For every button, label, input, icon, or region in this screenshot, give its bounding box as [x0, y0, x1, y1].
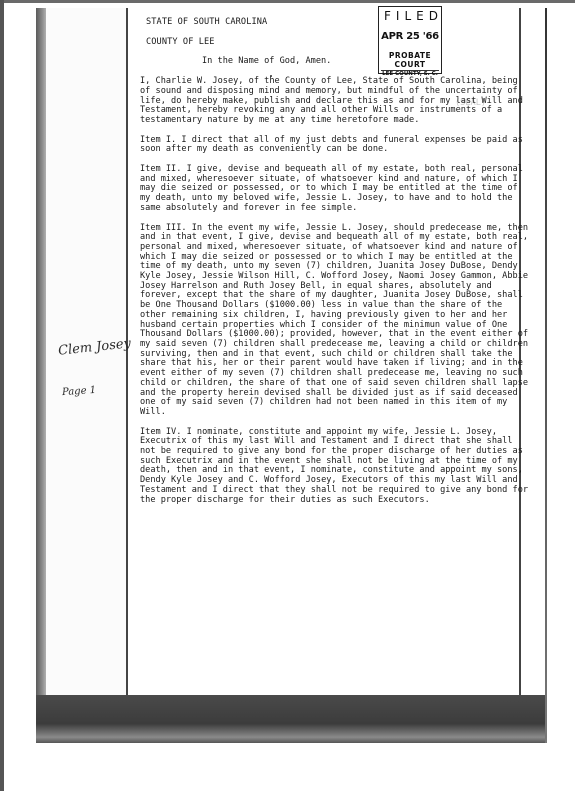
scan-bottom-shadow [36, 695, 545, 743]
left-margin-rule [126, 8, 128, 698]
scan-top-edge [0, 0, 575, 3]
item-3-paragraph: Item III. In the event my wife, Jessie L… [140, 224, 530, 418]
invocation: In the Name of God, Amen. [202, 57, 530, 67]
will-body: STATE OF SOUTH CAROLINA COUNTY OF LEE In… [140, 18, 530, 515]
scan-left-edge [0, 0, 4, 791]
item-2-paragraph: Item II. I give, devise and bequeath all… [140, 165, 530, 214]
page-right-edge [545, 8, 547, 743]
preamble-paragraph: I, Charlie W. Josey, of the County of Le… [140, 77, 530, 126]
scan-margin-shadow [36, 8, 46, 743]
county-heading: COUNTY OF LEE [146, 38, 530, 48]
item-4-paragraph: Item IV. I nominate, constitute and appo… [140, 428, 530, 506]
state-heading: STATE OF SOUTH CAROLINA [146, 18, 530, 28]
speck-mark [270, 75, 272, 77]
item-1-paragraph: Item I. I direct that all of my just deb… [140, 136, 530, 155]
